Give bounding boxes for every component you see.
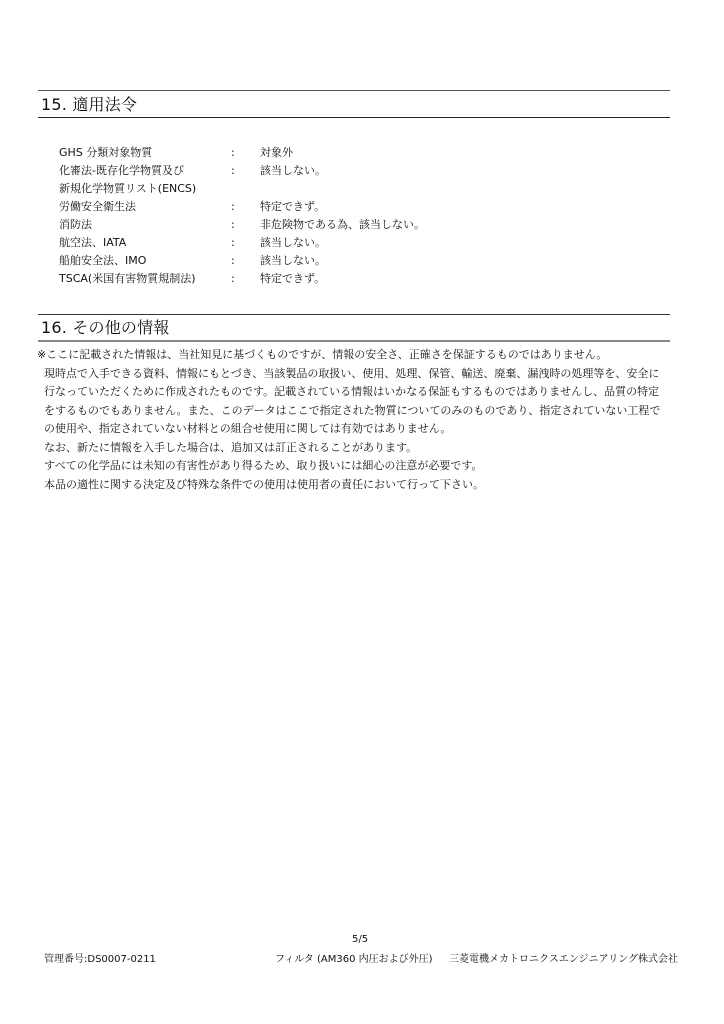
product-name: フィルタ (AM360 内圧および外圧) — [275, 950, 433, 965]
page-number: 5/5 — [352, 934, 368, 945]
section16-bottom-rule — [38, 340, 670, 342]
regulation-name: 労働安全衛生法 — [59, 198, 229, 216]
info-line: 本品の適性に関する決定及び特殊な条件での使用は使用者の責任において行って下さい。 — [37, 476, 687, 495]
regulation-name: 消防法 — [59, 216, 229, 234]
separator: : — [231, 216, 235, 234]
info-line: 現時点で入手できる資料、情報にもとづき、当該製品の取扱い、使用、処理、保管、輸送… — [37, 365, 687, 384]
section16-top-rule — [38, 314, 670, 315]
info-line: の使用や、指定されていない材料との組合せ使用に関しては有効ではありません。 — [37, 420, 687, 439]
regulation-value: 該当しない。 — [260, 162, 326, 180]
regulation-value: 非危険物である為、該当しない。 — [260, 216, 425, 234]
regulation-name: 航空法、IATA — [59, 234, 229, 252]
section16-title: 16. その他の情報 — [41, 318, 170, 338]
info-line: 行なっていただくために作成されたものです。記載されている情報はいかなる保証もする… — [37, 383, 687, 402]
separator: : — [231, 234, 235, 252]
separator: : — [231, 162, 235, 180]
management-number: 管理番号:DS0007-0211 — [44, 950, 156, 965]
company-name: 三菱電機メカトロニクスエンジニアリング株式会社 — [449, 950, 678, 965]
other-information-text: ※ここに記載された情報は、当社知見に基づくものですが、情報の安全さ、正確さを保証… — [37, 346, 687, 494]
separator: : — [231, 144, 235, 162]
info-line: なお、新たに情報を入手した場合は、追加又は訂正されることがあります。 — [37, 439, 687, 458]
regulation-name-line2: 新規化学物質リスト(ENCS) — [59, 180, 229, 198]
regulation-value: 特定できず。 — [260, 270, 325, 288]
regulation-value: 該当しない。 — [260, 252, 326, 270]
regulation-name: TSCA(米国有害物質規制法) — [59, 270, 229, 288]
separator: : — [231, 270, 235, 288]
regulation-value: 該当しない。 — [260, 234, 326, 252]
regulation-value: 特定できず。 — [260, 198, 325, 216]
section15-bottom-rule — [38, 117, 670, 118]
section15-top-rule — [38, 90, 670, 91]
section15-title: 15. 適用法令 — [41, 95, 137, 115]
info-line: ※ここに記載された情報は、当社知見に基づくものですが、情報の安全さ、正確さを保証… — [37, 346, 687, 365]
regulation-name: GHS 分類対象物質 — [59, 144, 229, 162]
regulation-name: 船舶安全法、IMO — [59, 252, 229, 270]
info-line: すべての化学品には未知の有害性があり得るため、取り扱いには細心の注意が必要です。 — [37, 457, 687, 476]
separator: : — [231, 198, 235, 216]
regulation-value: 対象外 — [260, 144, 293, 162]
separator: : — [231, 252, 235, 270]
regulation-name: 化審法-既存化学物質及び — [59, 162, 229, 180]
info-line: をするものでもありません。また、このデータはここで指定された物質についてのみのも… — [37, 402, 687, 421]
